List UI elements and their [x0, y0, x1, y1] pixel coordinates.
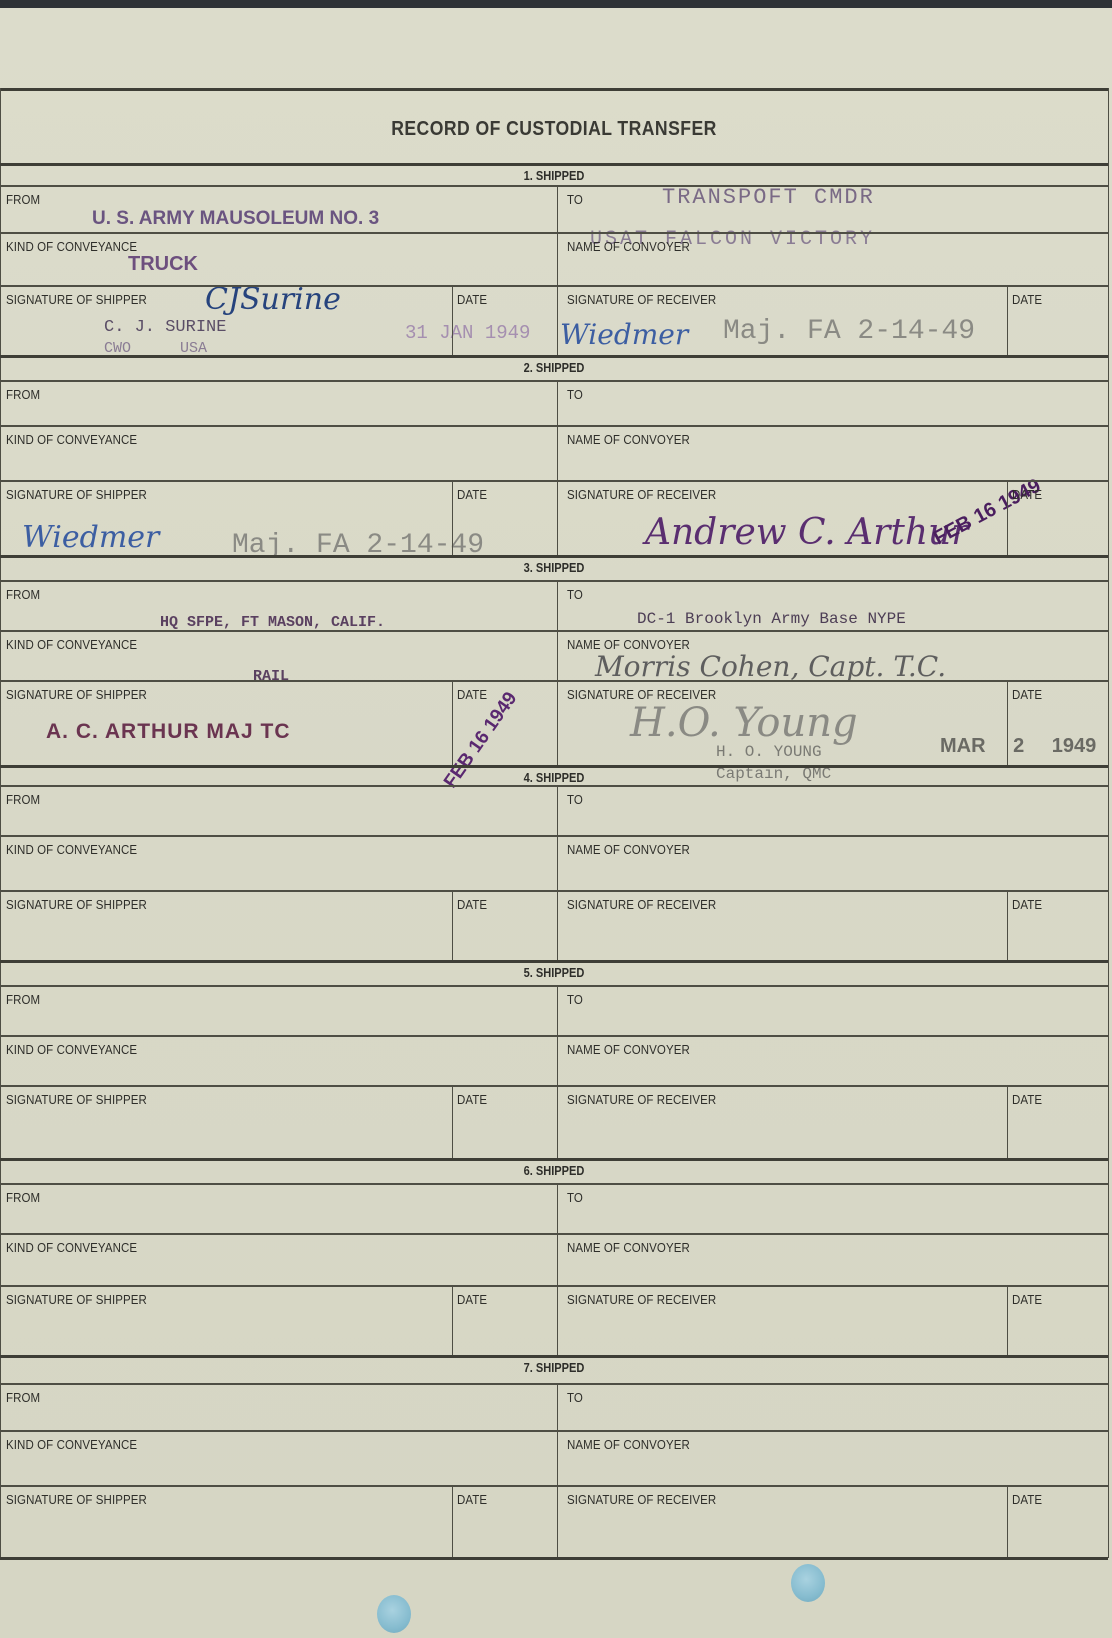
s7-to-label: TO [567, 1391, 583, 1405]
s1-convoyer-label: NAME OF CONVOYER [567, 240, 690, 254]
s4-signature-rule [0, 890, 1108, 892]
s4-shipper-date-divider [452, 890, 453, 960]
s3-receiver-signature: H.O. Young [630, 700, 858, 746]
s1-from-rule [0, 185, 1108, 187]
s2-from-rule [0, 380, 1108, 382]
s3-conveyance-value: RAIL [253, 668, 289, 685]
s1-conveyance-rule [0, 232, 1108, 234]
s1-conveyance-label: KIND OF CONVEYANCE [6, 240, 137, 254]
s3-receiver-signature-label: SIGNATURE OF RECEIVER [567, 688, 716, 702]
s3-shipper-stamp: A. C. ARTHUR MAJ TC [46, 720, 291, 744]
form-right-border [1108, 88, 1109, 1558]
s4-header: 4. SHIPPED [83, 770, 1025, 785]
s3-convoyer-label: NAME OF CONVOYER [567, 638, 690, 652]
s6-from-rule [0, 1183, 1108, 1185]
s7-conveyance-label: KIND OF CONVEYANCE [6, 1438, 137, 1452]
s5-convoyer-label: NAME OF CONVOYER [567, 1043, 690, 1057]
punch-hole-right [791, 1564, 825, 1602]
s4-center-divider [557, 785, 558, 960]
s1-receiver-date: Maj. FA 2-14-49 [723, 316, 975, 347]
form-title: RECORD OF CUSTODIAL TRANSFER [66, 118, 1041, 141]
s1-conveyance-value: TRUCK [128, 253, 198, 276]
s2-center-divider [557, 380, 558, 555]
s2-signature-rule [0, 480, 1108, 482]
s3-center-divider [557, 580, 558, 765]
s5-receiver-date-divider [1007, 1085, 1008, 1158]
s3-shipper-signature-label: SIGNATURE OF SHIPPER [6, 688, 147, 702]
s6-convoyer-label: NAME OF CONVOYER [567, 1241, 690, 1255]
s1-shipper-signature-label: SIGNATURE OF SHIPPER [6, 293, 147, 307]
s5-from-label: FROM [6, 993, 40, 1007]
s7-receiver-signature-label: SIGNATURE OF RECEIVER [567, 1493, 716, 1507]
s4-to-label: TO [567, 793, 583, 807]
s6-shipper-date-divider [452, 1285, 453, 1355]
form-top-border [0, 88, 1108, 91]
punch-hole-left [377, 1595, 411, 1633]
s2-header: 2. SHIPPED [83, 360, 1025, 375]
s1-shipper-date-divider [452, 285, 453, 355]
s1-shipper-date: 31 JAN 1949 [405, 322, 530, 344]
s3-top-rule [0, 555, 1108, 558]
s4-conveyance-label: KIND OF CONVEYANCE [6, 843, 137, 857]
s3-receiver-typed-name: H. O. YOUNG [716, 743, 822, 761]
s4-convoyer-label: NAME OF CONVOYER [567, 843, 690, 857]
s4-conveyance-rule [0, 835, 1108, 837]
form-left-border [0, 88, 1, 1558]
s5-center-divider [557, 985, 558, 1158]
s1-receiver-signature: Wiedmer [560, 318, 688, 351]
s3-conveyance-label: KIND OF CONVEYANCE [6, 638, 137, 652]
s4-receiver-signature-label: SIGNATURE OF RECEIVER [567, 898, 716, 912]
s5-signature-rule [0, 1085, 1108, 1087]
s4-shipper-signature-label: SIGNATURE OF SHIPPER [6, 898, 147, 912]
s7-convoyer-label: NAME OF CONVOYER [567, 1438, 690, 1452]
s5-header: 5. SHIPPED [83, 965, 1025, 980]
s7-shipper-date-divider [452, 1485, 453, 1557]
s3-signature-rule [0, 680, 1108, 682]
s7-center-divider [557, 1383, 558, 1557]
s2-to-label: TO [567, 388, 583, 402]
s3-convoyer-signature: Morris Cohen, Capt. T.C. [595, 650, 946, 683]
s2-conveyance-rule [0, 425, 1108, 427]
s3-receiver-date-divider [1007, 680, 1008, 765]
s7-signature-rule [0, 1485, 1108, 1487]
s4-from-label: FROM [6, 793, 40, 807]
s2-top-rule [0, 355, 1108, 358]
s3-to-value: DC-1 Brooklyn Army Base NYPE [637, 610, 906, 628]
s3-from-rule [0, 580, 1108, 582]
s5-receiver-signature-label: SIGNATURE OF RECEIVER [567, 1093, 716, 1107]
s6-receiver-date-label: DATE [1012, 1293, 1042, 1307]
s6-shipper-signature-label: SIGNATURE OF SHIPPER [6, 1293, 147, 1307]
s7-shipper-signature-label: SIGNATURE OF SHIPPER [6, 1493, 147, 1507]
s5-conveyance-label: KIND OF CONVEYANCE [6, 1043, 137, 1057]
s5-shipper-date-label: DATE [457, 1093, 487, 1107]
s1-from-value: U. S. ARMY MAUSOLEUM NO. 3 [92, 208, 379, 230]
s1-shipper-typed-name: C. J. SURINE [104, 318, 226, 337]
s3-receiver-date-label: DATE [1012, 688, 1042, 702]
s3-receiver-date-stamp: MAR 2 1949 [940, 735, 1096, 758]
s1-header: 1. SHIPPED [83, 168, 1025, 183]
s2-conveyance-label: KIND OF CONVEYANCE [6, 433, 137, 447]
s1-receiver-signature-label: SIGNATURE OF RECEIVER [567, 293, 716, 307]
form-bottom-border [0, 1557, 1108, 1560]
s2-receiver-date-label: DATE [1012, 488, 1042, 502]
s3-shipper-date-label: DATE [457, 688, 487, 702]
s6-receiver-date-divider [1007, 1285, 1008, 1355]
s7-from-label: FROM [6, 1391, 40, 1405]
s1-top-rule [0, 163, 1108, 166]
s2-receiver-signature: Andrew C. Arthur [645, 512, 968, 553]
s2-shipper-date-divider [452, 480, 453, 555]
s3-shipper-date-divider [452, 680, 453, 765]
s5-shipper-date-divider [452, 1085, 453, 1158]
s3-from-label: FROM [6, 588, 40, 602]
s7-shipper-date-label: DATE [457, 1493, 487, 1507]
s6-conveyance-rule [0, 1233, 1108, 1235]
s7-from-rule [0, 1383, 1108, 1385]
s1-to-label: TO [567, 193, 583, 207]
s2-shipper-signature: Wiedmer [22, 520, 159, 555]
s5-to-label: TO [567, 993, 583, 1007]
s2-from-label: FROM [6, 388, 40, 402]
s3-from-value: HQ SFPE, FT MASON, CALIF. [160, 614, 385, 631]
s5-conveyance-rule [0, 1035, 1108, 1037]
s3-header: 3. SHIPPED [83, 560, 1025, 575]
s1-center-divider [557, 185, 558, 355]
s4-receiver-date-label: DATE [1012, 898, 1042, 912]
s6-conveyance-label: KIND OF CONVEYANCE [6, 1241, 137, 1255]
s2-receiver-date-divider [1007, 480, 1008, 555]
s6-from-label: FROM [6, 1191, 40, 1205]
s5-top-rule [0, 960, 1108, 963]
s7-conveyance-rule [0, 1430, 1108, 1432]
s6-signature-rule [0, 1285, 1108, 1287]
s7-receiver-date-divider [1007, 1485, 1008, 1557]
s1-signature-rule [0, 285, 1108, 287]
s6-top-rule [0, 1158, 1108, 1161]
s4-receiver-date-divider [1007, 890, 1008, 960]
s7-receiver-date-label: DATE [1012, 1493, 1042, 1507]
s1-from-label: FROM [6, 193, 40, 207]
s2-shipper-signature-label: SIGNATURE OF SHIPPER [6, 488, 147, 502]
s4-top-rule [0, 765, 1108, 768]
s1-to-value: TRANSPOFT CMDR [662, 185, 875, 210]
s3-to-label: TO [567, 588, 583, 602]
s3-conveyance-rule [0, 630, 1108, 632]
s5-receiver-date-label: DATE [1012, 1093, 1042, 1107]
s1-receiver-date-label: DATE [1012, 293, 1042, 307]
s6-receiver-signature-label: SIGNATURE OF RECEIVER [567, 1293, 716, 1307]
s2-shipper-date-label: DATE [457, 488, 487, 502]
s6-center-divider [557, 1183, 558, 1355]
s1-receiver-date-divider [1007, 285, 1008, 355]
s2-convoyer-label: NAME OF CONVOYER [567, 433, 690, 447]
s6-header: 6. SHIPPED [83, 1163, 1025, 1178]
s1-shipper-signature: CJSurine [205, 282, 341, 317]
s4-from-rule [0, 785, 1108, 787]
s5-from-rule [0, 985, 1108, 987]
s6-to-label: TO [567, 1191, 583, 1205]
s6-shipper-date-label: DATE [457, 1293, 487, 1307]
s5-shipper-signature-label: SIGNATURE OF SHIPPER [6, 1093, 147, 1107]
s4-shipper-date-label: DATE [457, 898, 487, 912]
s7-top-rule [0, 1355, 1108, 1358]
s1-shipper-date-label: DATE [457, 293, 487, 307]
s2-receiver-signature-label: SIGNATURE OF RECEIVER [567, 488, 716, 502]
s7-header: 7. SHIPPED [83, 1360, 1025, 1375]
